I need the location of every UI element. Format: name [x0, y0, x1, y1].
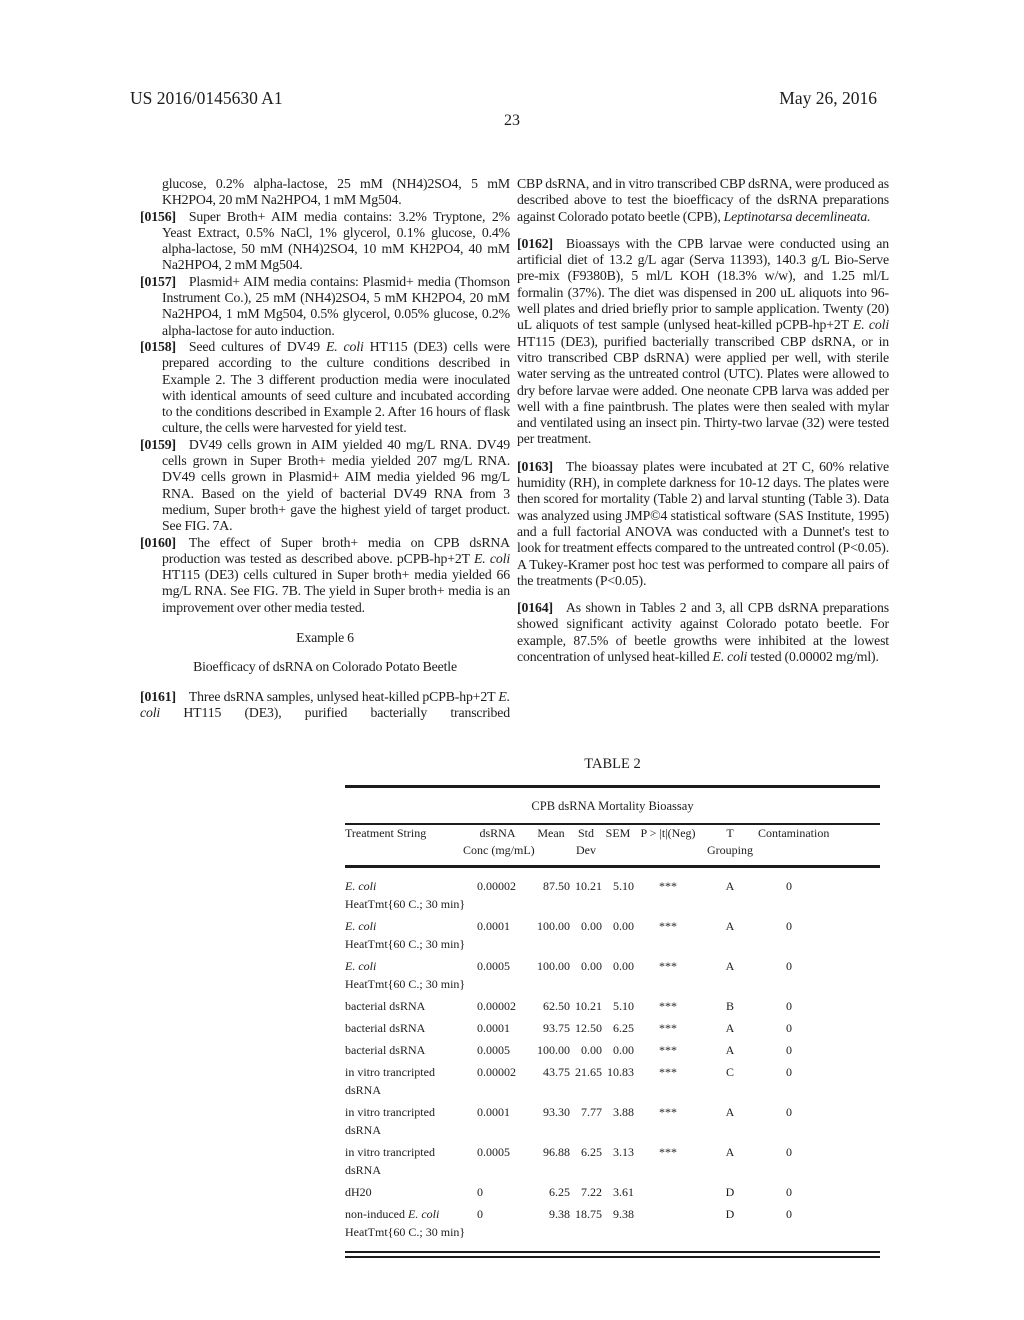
mean-cell: 100.00	[532, 953, 570, 993]
contamination-cell: 0	[758, 867, 880, 914]
table-row: E. coliHeatTmt{60 C.; 30 min} 0.0005 100…	[345, 953, 880, 993]
pvalue-cell: ***	[634, 1059, 702, 1099]
paragraph-text: Super Broth+ AIM media contains: 3.2% Tr…	[162, 209, 510, 273]
table-row: E. coliHeatTmt{60 C.; 30 min} 0.0001 100…	[345, 913, 880, 953]
table-label: TABLE 2	[345, 756, 880, 773]
pvalue-cell: ***	[634, 913, 702, 953]
grouping-cell: A	[702, 1015, 758, 1037]
stddev-cell: 0.00	[570, 953, 602, 993]
paragraph-text: tested (0.00002 mg/ml).	[747, 649, 879, 664]
sem-cell: 0.00	[602, 1037, 634, 1059]
paragraph-text: HT115 (DE3), purified bacterially transc…	[517, 334, 889, 447]
paragraph-italic: E. coli	[326, 339, 364, 354]
column-header-treatment: Treatment String	[345, 825, 463, 867]
paragraph-0159: [0159]DV49 cells grown in AIM yielded 40…	[140, 437, 510, 535]
sem-cell: 5.10	[602, 993, 634, 1015]
treatment-cell: E. coliHeatTmt{60 C.; 30 min}	[345, 953, 463, 993]
paragraph-tag: [0163]	[517, 459, 566, 474]
treatment-cell: dH20	[345, 1179, 463, 1201]
mean-cell: 96.88	[532, 1139, 570, 1179]
patent-number: US 2016/0145630 A1	[130, 88, 283, 109]
contamination-cell: 0	[758, 1099, 880, 1139]
example-heading: Example 6	[140, 630, 510, 646]
table-row: bacterial dsRNA 0.0001 93.75 12.50 6.25 …	[345, 1015, 880, 1037]
table-row: in vitro trancripteddsRNA 0.0005 96.88 6…	[345, 1139, 880, 1179]
paragraph-text: The bioassay plates were incubated at 2T…	[517, 459, 889, 588]
contamination-cell: 0	[758, 1139, 880, 1179]
paragraph-text: Bioassays with the CPB larvae were condu…	[517, 236, 889, 332]
sem-cell: 3.88	[602, 1099, 634, 1139]
table-row: in vitro trancripteddsRNA 0.00002 43.75 …	[345, 1059, 880, 1099]
paragraph-0164: [0164]As shown in Tables 2 and 3, all CP…	[517, 600, 889, 665]
paragraph-text: Seed cultures of DV49	[189, 339, 326, 354]
pvalue-cell: ***	[634, 953, 702, 993]
paragraph-italic: Leptinotarsa decemlineata.	[724, 209, 871, 224]
contamination-cell: 0	[758, 993, 880, 1015]
sem-cell: 0.00	[602, 953, 634, 993]
column-header-grouping: TGrouping	[702, 825, 758, 867]
contamination-cell: 0	[758, 1179, 880, 1201]
page-number: 23	[0, 112, 1024, 130]
paragraph-tag: [0162]	[517, 236, 566, 251]
stddev-cell: 0.00	[570, 1037, 602, 1059]
column-header-stddev: StdDev	[570, 825, 602, 867]
conc-cell: 0	[463, 1201, 532, 1241]
paragraph-tag: [0156]	[140, 209, 189, 224]
stddev-cell: 10.21	[570, 867, 602, 914]
table-caption: CPB dsRNA Mortality Bioassay	[345, 799, 880, 814]
right-column: CBP dsRNA, and in vitro transcribed CBP …	[517, 176, 889, 665]
mean-cell: 62.50	[532, 993, 570, 1015]
grouping-cell: A	[702, 953, 758, 993]
mean-cell: 9.38	[532, 1201, 570, 1241]
example-subtitle: Bioefficacy of dsRNA on Colorado Potato …	[140, 659, 510, 675]
mean-cell: 100.00	[532, 913, 570, 953]
stddev-cell: 6.25	[570, 1139, 602, 1179]
table-row: bacterial dsRNA 0.00002 62.50 10.21 5.10…	[345, 993, 880, 1015]
mean-cell: 6.25	[532, 1179, 570, 1201]
treatment-cell: E. coliHeatTmt{60 C.; 30 min}	[345, 913, 463, 953]
table-row: dH20 0 6.25 7.22 3.61 D 0	[345, 1179, 880, 1201]
stddev-cell: 7.77	[570, 1099, 602, 1139]
paragraph-text: HT115 (DE3), purified bacterially transc…	[160, 705, 510, 720]
contamination-cell: 0	[758, 913, 880, 953]
table-header-row: Treatment String dsRNAConc (mg/mL) Mean …	[345, 825, 880, 867]
paragraph-0161: [0161]Three dsRNA samples, unlysed heat-…	[140, 689, 510, 722]
paragraph-text: Three dsRNA samples, unlysed heat-killed…	[189, 689, 499, 704]
conc-cell: 0.0005	[463, 953, 532, 993]
contamination-cell: 0	[758, 1201, 880, 1241]
mean-cell: 93.30	[532, 1099, 570, 1139]
paragraph-italic: E. coli	[713, 649, 748, 664]
column-header-pvalue: P > |t|(Neg)	[634, 825, 702, 867]
paragraph-text: The effect of Super broth+ media on CPB …	[162, 535, 510, 566]
paragraph-0157: [0157]Plasmid+ AIM media contains: Plasm…	[140, 274, 510, 339]
paragraph-tag: [0160]	[140, 535, 189, 550]
sem-cell: 0.00	[602, 913, 634, 953]
conc-cell: 0.0001	[463, 1015, 532, 1037]
paragraph-text: HT115 (DE3) cells cultured in Super brot…	[162, 567, 510, 615]
conc-cell: 0.0005	[463, 1139, 532, 1179]
grouping-cell: A	[702, 913, 758, 953]
pvalue-cell: ***	[634, 993, 702, 1015]
paragraph-text: glucose, 0.2% alpha-lactose, 25 mM (NH4)…	[162, 176, 510, 207]
paragraph-tag: [0158]	[140, 339, 189, 354]
conc-cell: 0.0001	[463, 1099, 532, 1139]
grouping-cell: B	[702, 993, 758, 1015]
paragraph-tag: [0157]	[140, 274, 189, 289]
table-row: bacterial dsRNA 0.0005 100.00 0.00 0.00 …	[345, 1037, 880, 1059]
publication-date: May 26, 2016	[779, 88, 877, 109]
grouping-cell: D	[702, 1179, 758, 1201]
mean-cell: 100.00	[532, 1037, 570, 1059]
paragraph-0158: [0158]Seed cultures of DV49 E. coli HT11…	[140, 339, 510, 437]
paragraph-0162: [0162]Bioassays with the CPB larvae were…	[517, 236, 889, 448]
treatment-cell: in vitro trancripteddsRNA	[345, 1059, 463, 1099]
paragraph-tag: [0159]	[140, 437, 189, 452]
paragraph-tag: [0164]	[517, 600, 566, 615]
sem-cell: 10.83	[602, 1059, 634, 1099]
sem-cell: 9.38	[602, 1201, 634, 1241]
sem-cell: 5.10	[602, 867, 634, 914]
treatment-cell: bacterial dsRNA	[345, 1015, 463, 1037]
grouping-cell: A	[702, 1139, 758, 1179]
conc-cell: 0.00002	[463, 993, 532, 1015]
stddev-cell: 21.65	[570, 1059, 602, 1099]
contamination-cell: 0	[758, 953, 880, 993]
table-2-section: TABLE 2 CPB dsRNA Mortality Bioassay Tre…	[345, 756, 880, 1258]
pvalue-cell	[634, 1179, 702, 1201]
mean-cell: 87.50	[532, 867, 570, 914]
conc-cell: 0.0001	[463, 913, 532, 953]
sem-cell: 6.25	[602, 1015, 634, 1037]
table-row: E. coliHeatTmt{60 C.; 30 min} 0.00002 87…	[345, 867, 880, 914]
stddev-cell: 18.75	[570, 1201, 602, 1241]
sem-cell: 3.61	[602, 1179, 634, 1201]
conc-cell: 0.00002	[463, 1059, 532, 1099]
column-header-conc: dsRNAConc (mg/mL)	[463, 825, 532, 867]
bioassay-table: Treatment String dsRNAConc (mg/mL) Mean …	[345, 825, 880, 1241]
mean-cell: 93.75	[532, 1015, 570, 1037]
paragraph-0160: [0160]The effect of Super broth+ media o…	[140, 535, 510, 616]
grouping-cell: A	[702, 867, 758, 914]
table-row: non-induced E. coliHeatTmt{60 C.; 30 min…	[345, 1201, 880, 1241]
left-column: glucose, 0.2% alpha-lactose, 25 mM (NH4)…	[140, 176, 510, 721]
paragraph-0155-continued: glucose, 0.2% alpha-lactose, 25 mM (NH4)…	[162, 176, 510, 209]
column-header-contamination: Contamination	[758, 825, 880, 867]
pvalue-cell	[634, 1201, 702, 1241]
pvalue-cell: ***	[634, 1015, 702, 1037]
contamination-cell: 0	[758, 1059, 880, 1099]
column-header-sem: SEM	[602, 825, 634, 867]
stddev-cell: 12.50	[570, 1015, 602, 1037]
stddev-cell: 0.00	[570, 913, 602, 953]
paragraph-italic: E. coli	[474, 551, 510, 566]
stddev-cell: 7.22	[570, 1179, 602, 1201]
grouping-cell: C	[702, 1059, 758, 1099]
column-header-mean: Mean	[532, 825, 570, 867]
treatment-cell: non-induced E. coliHeatTmt{60 C.; 30 min…	[345, 1201, 463, 1241]
treatment-cell: bacterial dsRNA	[345, 993, 463, 1015]
pvalue-cell: ***	[634, 867, 702, 914]
paragraph-tag: [0161]	[140, 689, 189, 704]
paragraph-0156: [0156]Super Broth+ AIM media contains: 3…	[140, 209, 510, 274]
paragraph-0161-continued: CBP dsRNA, and in vitro transcribed CBP …	[517, 176, 889, 225]
conc-cell: 0.00002	[463, 867, 532, 914]
contamination-cell: 0	[758, 1015, 880, 1037]
stddev-cell: 10.21	[570, 993, 602, 1015]
grouping-cell: A	[702, 1037, 758, 1059]
treatment-cell: in vitro trancripteddsRNA	[345, 1139, 463, 1179]
paragraph-0163: [0163]The bioassay plates were incubated…	[517, 459, 889, 589]
conc-cell: 0	[463, 1179, 532, 1201]
pvalue-cell: ***	[634, 1139, 702, 1179]
paragraph-text: DV49 cells grown in AIM yielded 40 mg/L …	[162, 437, 510, 533]
paragraph-italic: E. coli	[853, 317, 889, 332]
sem-cell: 3.13	[602, 1139, 634, 1179]
treatment-cell: E. coliHeatTmt{60 C.; 30 min}	[345, 867, 463, 914]
table-row: in vitro trancripteddsRNA 0.0001 93.30 7…	[345, 1099, 880, 1139]
treatment-cell: bacterial dsRNA	[345, 1037, 463, 1059]
patent-page: { "header": { "patent_number": "US 2016/…	[0, 0, 1024, 1320]
pvalue-cell: ***	[634, 1099, 702, 1139]
grouping-cell: A	[702, 1099, 758, 1139]
pvalue-cell: ***	[634, 1037, 702, 1059]
treatment-cell: in vitro trancripteddsRNA	[345, 1099, 463, 1139]
conc-cell: 0.0005	[463, 1037, 532, 1059]
contamination-cell: 0	[758, 1037, 880, 1059]
paragraph-text: Plasmid+ AIM media contains: Plasmid+ me…	[162, 274, 510, 338]
table-top-rule	[345, 785, 880, 788]
grouping-cell: D	[702, 1201, 758, 1241]
table-bottom-rule	[345, 1251, 880, 1258]
mean-cell: 43.75	[532, 1059, 570, 1099]
